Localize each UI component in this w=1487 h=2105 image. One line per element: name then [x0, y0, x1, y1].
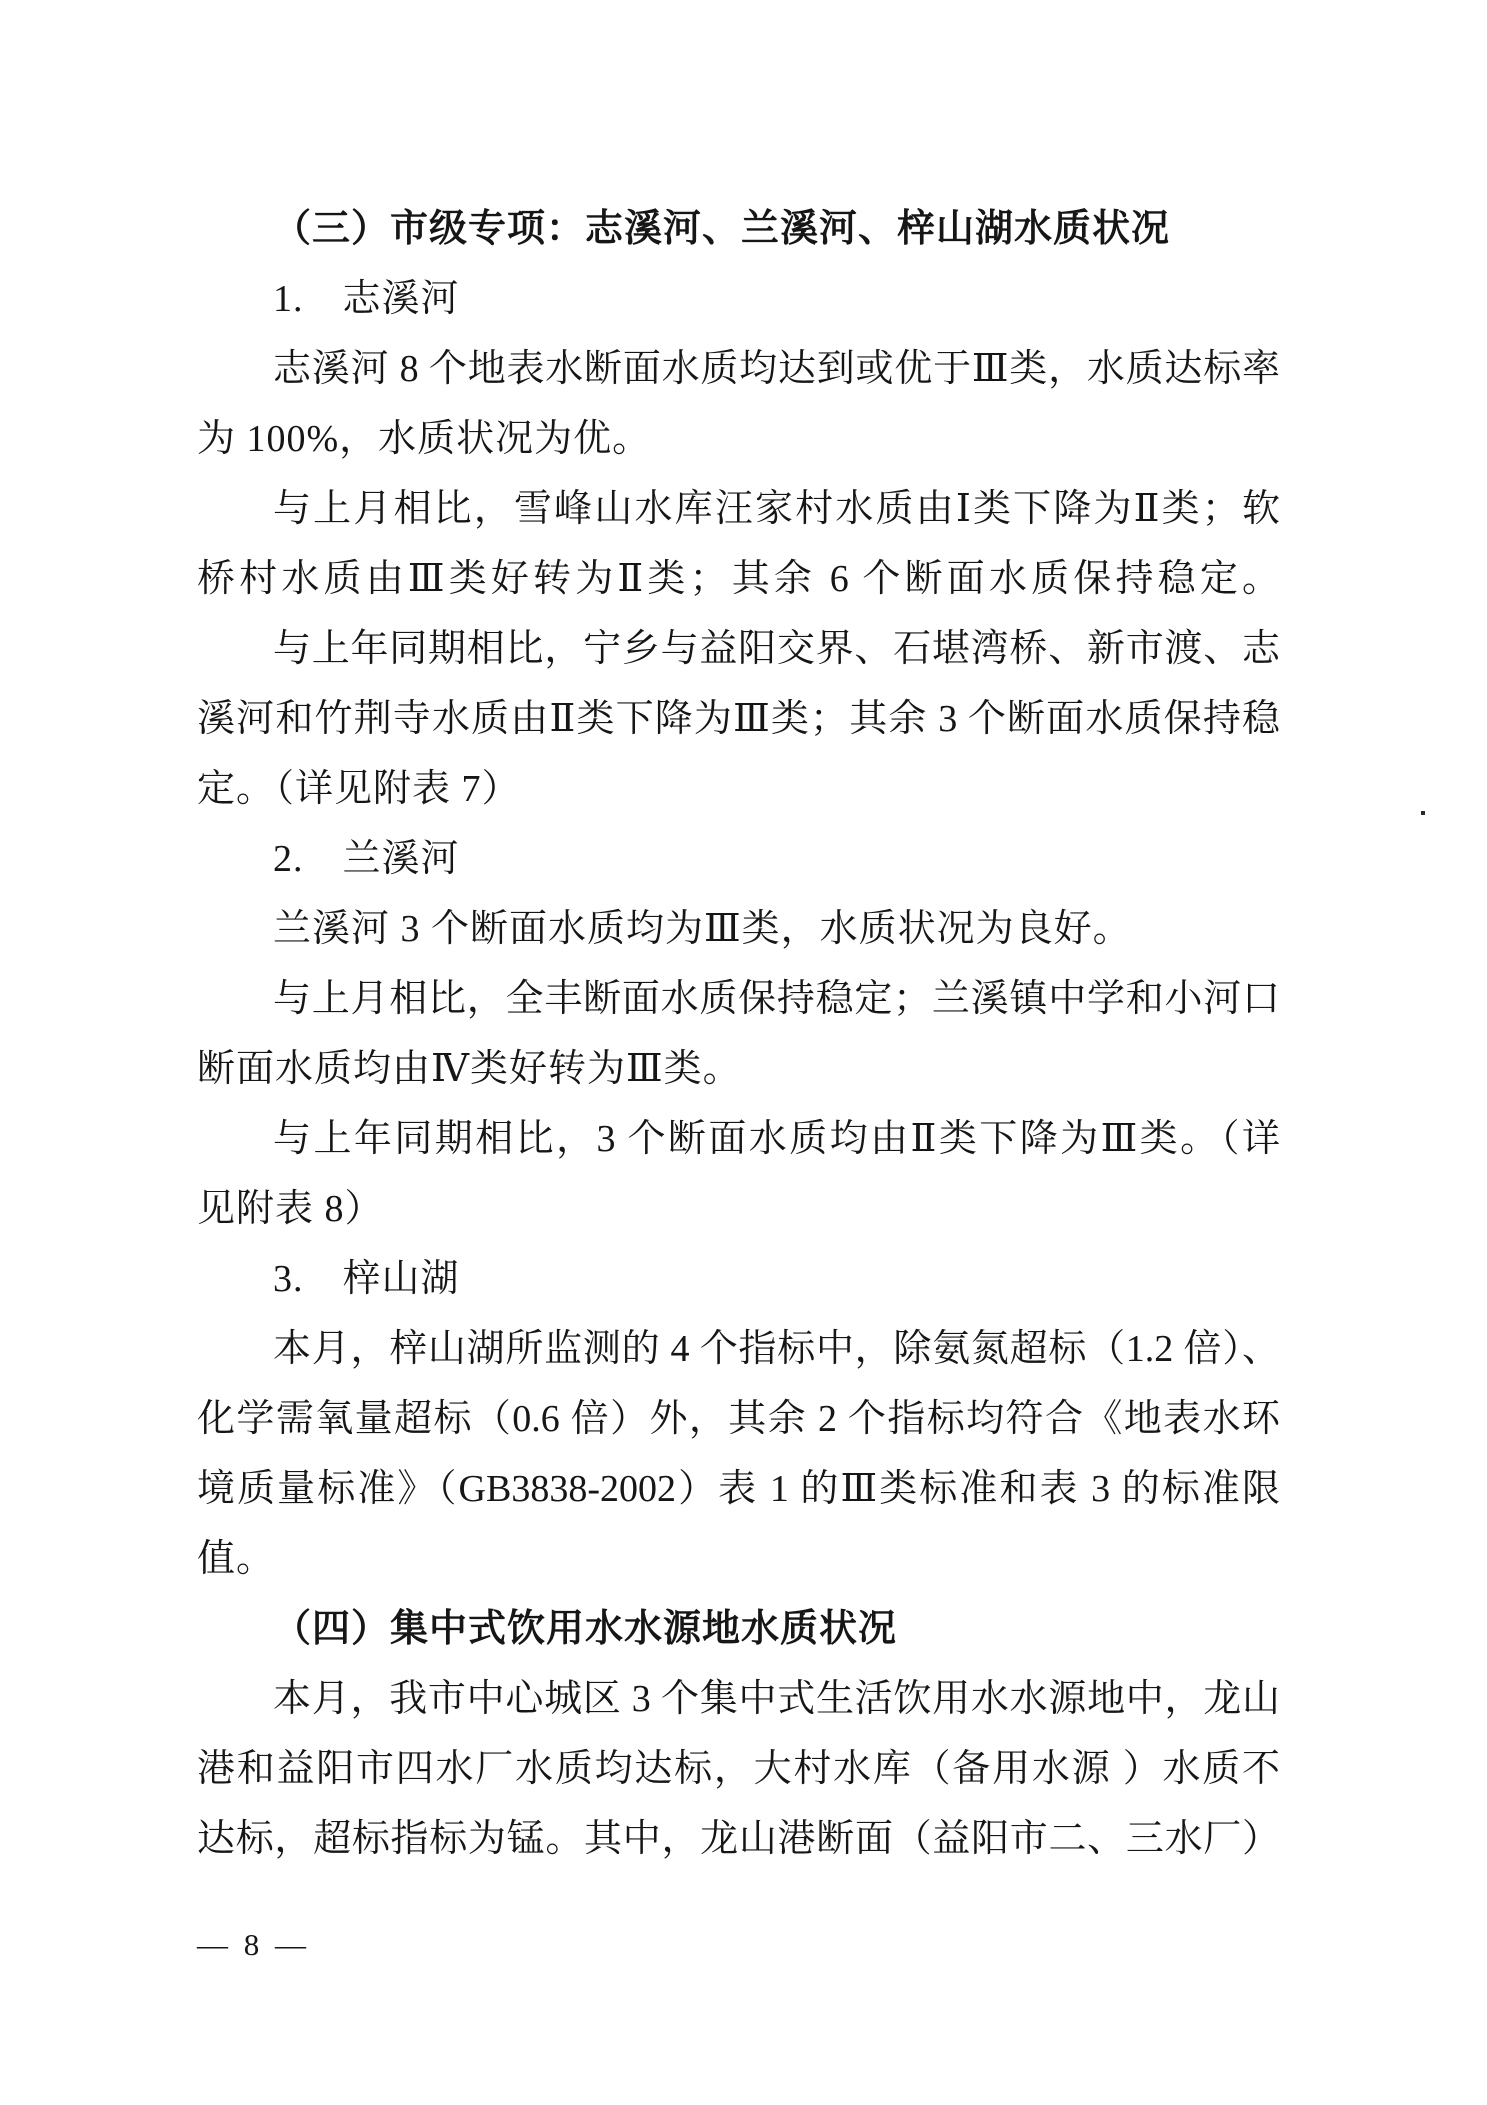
body-text-line: 达标，超标指标为锰。其中，龙山港断面（益阳市二、三水厂） — [197, 1804, 1280, 1874]
body-text-line: 与上月相比，全丰断面水质保持稳定；兰溪镇中学和小河口 — [197, 964, 1280, 1034]
body-text-line: 见附表 8） — [197, 1174, 1280, 1244]
subheading-lanxi-river: 2. 兰溪河 — [197, 824, 1280, 894]
body-text-line: 值。 — [197, 1524, 1280, 1594]
body-text-line: 桥村水质由Ⅲ类好转为Ⅱ类；其余 6 个断面水质保持稳定。 — [197, 544, 1280, 614]
body-text-line: 与上月相比，雪峰山水库汪家村水质由Ⅰ类下降为Ⅱ类；软 — [197, 474, 1280, 544]
scan-speck-dot — [1421, 811, 1425, 815]
body-text-line: 志溪河 8 个地表水断面水质均达到或优于Ⅲ类，水质达标率 — [197, 334, 1280, 404]
body-text-line: 化学需氧量超标（0.6 倍）外，其余 2 个指标均符合《地表水环 — [197, 1384, 1280, 1454]
body-text-line: 本月，我市中心城区 3 个集中式生活饮用水水源地中，龙山 — [197, 1664, 1280, 1734]
body-text-line: 溪河和竹荆寺水质由Ⅱ类下降为Ⅲ类；其余 3 个断面水质保持稳 — [197, 684, 1280, 754]
subheading-zishan-lake: 3. 梓山湖 — [197, 1244, 1280, 1314]
body-text-line: 为 100%，水质状况为优。 — [197, 404, 1280, 474]
body-text-line: 境质量标准》（GB3838-2002）表 1 的Ⅲ类标准和表 3 的标准限 — [197, 1454, 1280, 1524]
body-text-line: 定。（详见附表 7） — [197, 754, 1280, 824]
subheading-zhixi-river: 1. 志溪河 — [197, 264, 1280, 334]
document-page: （三）市级专项：志溪河、兰溪河、梓山湖水质状况 1. 志溪河 志溪河 8 个地表… — [0, 0, 1487, 2105]
section-heading-city-special: （三）市级专项：志溪河、兰溪河、梓山湖水质状况 — [197, 194, 1280, 264]
body-text-line: 本月，梓山湖所监测的 4 个指标中，除氨氮超标（1.2 倍）、 — [197, 1314, 1280, 1384]
body-text-line: 港和益阳市四水厂水质均达标，大村水库（备用水源 ）水质不 — [197, 1734, 1280, 1804]
document-text-block: （三）市级专项：志溪河、兰溪河、梓山湖水质状况 1. 志溪河 志溪河 8 个地表… — [197, 194, 1280, 1874]
body-text-line: 与上年同期相比，3 个断面水质均由Ⅱ类下降为Ⅲ类。（详 — [197, 1104, 1280, 1174]
body-text-line: 断面水质均由Ⅳ类好转为Ⅲ类。 — [197, 1034, 1280, 1104]
body-text-line: 与上年同期相比，宁乡与益阳交界、石堪湾桥、新市渡、志 — [197, 614, 1280, 684]
page-number: — 8 — — [197, 1925, 310, 1965]
section-heading-drinking-water: （四）集中式饮用水水源地水质状况 — [197, 1594, 1280, 1664]
body-text-line: 兰溪河 3 个断面水质均为Ⅲ类，水质状况为良好。 — [197, 894, 1280, 964]
